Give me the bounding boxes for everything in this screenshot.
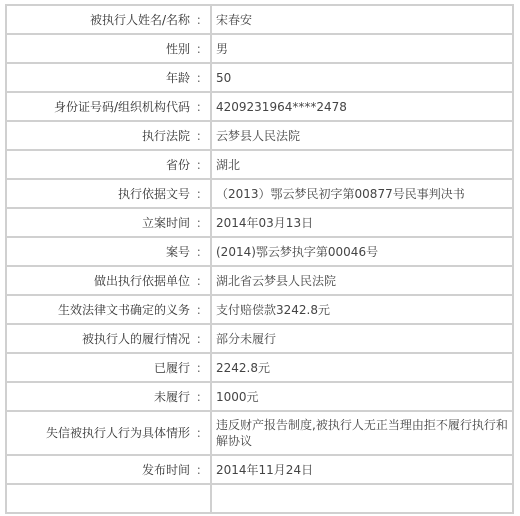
label-text: 执行依据文号 [118,187,190,201]
label-issuing-unit: 做出执行依据单位： [6,266,211,295]
colon: ： [196,186,208,202]
colon: ： [196,425,208,441]
label-text: 立案时间 [142,216,190,230]
table-row-obligation: 生效法律文书确定的义务： 支付赔偿款3242.8元 [6,295,513,324]
label-text: 性别 [166,42,190,56]
table-row-basis-doc-number: 执行依据文号： （2013）鄂云梦民初字第00877号民事判决书 [6,179,513,208]
label-text: 身份证号码/组织机构代码 [54,100,190,114]
label-publish-date: 发布时间： [6,455,211,484]
colon: ： [196,244,208,260]
label-basis-doc-number: 执行依据文号： [6,179,211,208]
table-row-gender: 性别： 男 [6,34,513,63]
colon: ： [196,360,208,376]
table-row-empty [6,484,513,513]
label-empty [6,484,211,513]
value-name: 宋春安 [211,5,513,34]
label-text: 做出执行依据单位 [94,274,190,288]
label-age: 年龄： [6,63,211,92]
label-court: 执行法院： [6,121,211,150]
colon: ： [196,331,208,347]
table-row-performed: 已履行： 2242.8元 [6,353,513,382]
value-case-number: (2014)鄂云梦执字第00046号 [211,237,513,266]
label-text: 被执行人姓名/名称 [90,13,190,27]
label-dishonest-behavior: 失信被执行人行为具体情形： [6,411,211,455]
colon: ： [196,99,208,115]
label-text: 发布时间 [142,463,190,477]
label-id-number: 身份证号码/组织机构代码： [6,92,211,121]
label-text: 案号 [166,245,190,259]
table-row-case-number: 案号： (2014)鄂云梦执字第00046号 [6,237,513,266]
label-unperformed: 未履行： [6,382,211,411]
table-row-age: 年龄： 50 [6,63,513,92]
value-performance-status: 部分未履行 [211,324,513,353]
label-text: 生效法律文书确定的义务 [58,303,190,317]
table-row-issuing-unit: 做出执行依据单位： 湖北省云梦县人民法院 [6,266,513,295]
colon: ： [196,462,208,478]
table-row-performance-status: 被执行人的履行情况： 部分未履行 [6,324,513,353]
value-filing-date: 2014年03月13日 [211,208,513,237]
dishonest-debtor-info-table: 被执行人姓名/名称： 宋春安 性别： 男 年龄： 50 身份证号码/组织机构代码… [5,4,514,514]
label-name: 被执行人姓名/名称： [6,5,211,34]
table-row-filing-date: 立案时间： 2014年03月13日 [6,208,513,237]
colon: ： [196,70,208,86]
label-text: 被执行人的履行情况 [82,332,190,346]
label-text: 省份 [166,158,190,172]
table-row-unperformed: 未履行： 1000元 [6,382,513,411]
label-province: 省份： [6,150,211,179]
label-gender: 性别： [6,34,211,63]
colon: ： [196,273,208,289]
value-basis-doc-number: （2013）鄂云梦民初字第00877号民事判决书 [211,179,513,208]
value-unperformed: 1000元 [211,382,513,411]
value-court: 云梦县人民法院 [211,121,513,150]
value-empty [211,484,513,513]
colon: ： [196,128,208,144]
label-text: 未履行 [154,390,190,404]
value-id-number: 4209231964****2478 [211,92,513,121]
colon: ： [196,12,208,28]
colon: ： [196,157,208,173]
label-filing-date: 立案时间： [6,208,211,237]
colon: ： [196,302,208,318]
label-text: 失信被执行人行为具体情形 [46,426,190,440]
value-publish-date: 2014年11月24日 [211,455,513,484]
value-province: 湖北 [211,150,513,179]
label-text: 已履行 [154,361,190,375]
table-row-name: 被执行人姓名/名称： 宋春安 [6,5,513,34]
label-text: 年龄 [166,71,190,85]
colon: ： [196,389,208,405]
table-row-id-number: 身份证号码/组织机构代码： 4209231964****2478 [6,92,513,121]
value-issuing-unit: 湖北省云梦县人民法院 [211,266,513,295]
value-performed: 2242.8元 [211,353,513,382]
colon: ： [196,41,208,57]
table-row-court: 执行法院： 云梦县人民法院 [6,121,513,150]
value-dishonest-behavior: 违反财产报告制度,被执行人无正当理由拒不履行执行和解协议 [211,411,513,455]
value-obligation: 支付赔偿款3242.8元 [211,295,513,324]
value-age: 50 [211,63,513,92]
label-obligation: 生效法律文书确定的义务： [6,295,211,324]
table-row-province: 省份： 湖北 [6,150,513,179]
label-performed: 已履行： [6,353,211,382]
label-case-number: 案号： [6,237,211,266]
label-performance-status: 被执行人的履行情况： [6,324,211,353]
label-text: 执行法院 [142,129,190,143]
colon: ： [196,215,208,231]
table-row-publish-date: 发布时间： 2014年11月24日 [6,455,513,484]
table-row-dishonest-behavior: 失信被执行人行为具体情形： 违反财产报告制度,被执行人无正当理由拒不履行执行和解… [6,411,513,455]
value-gender: 男 [211,34,513,63]
